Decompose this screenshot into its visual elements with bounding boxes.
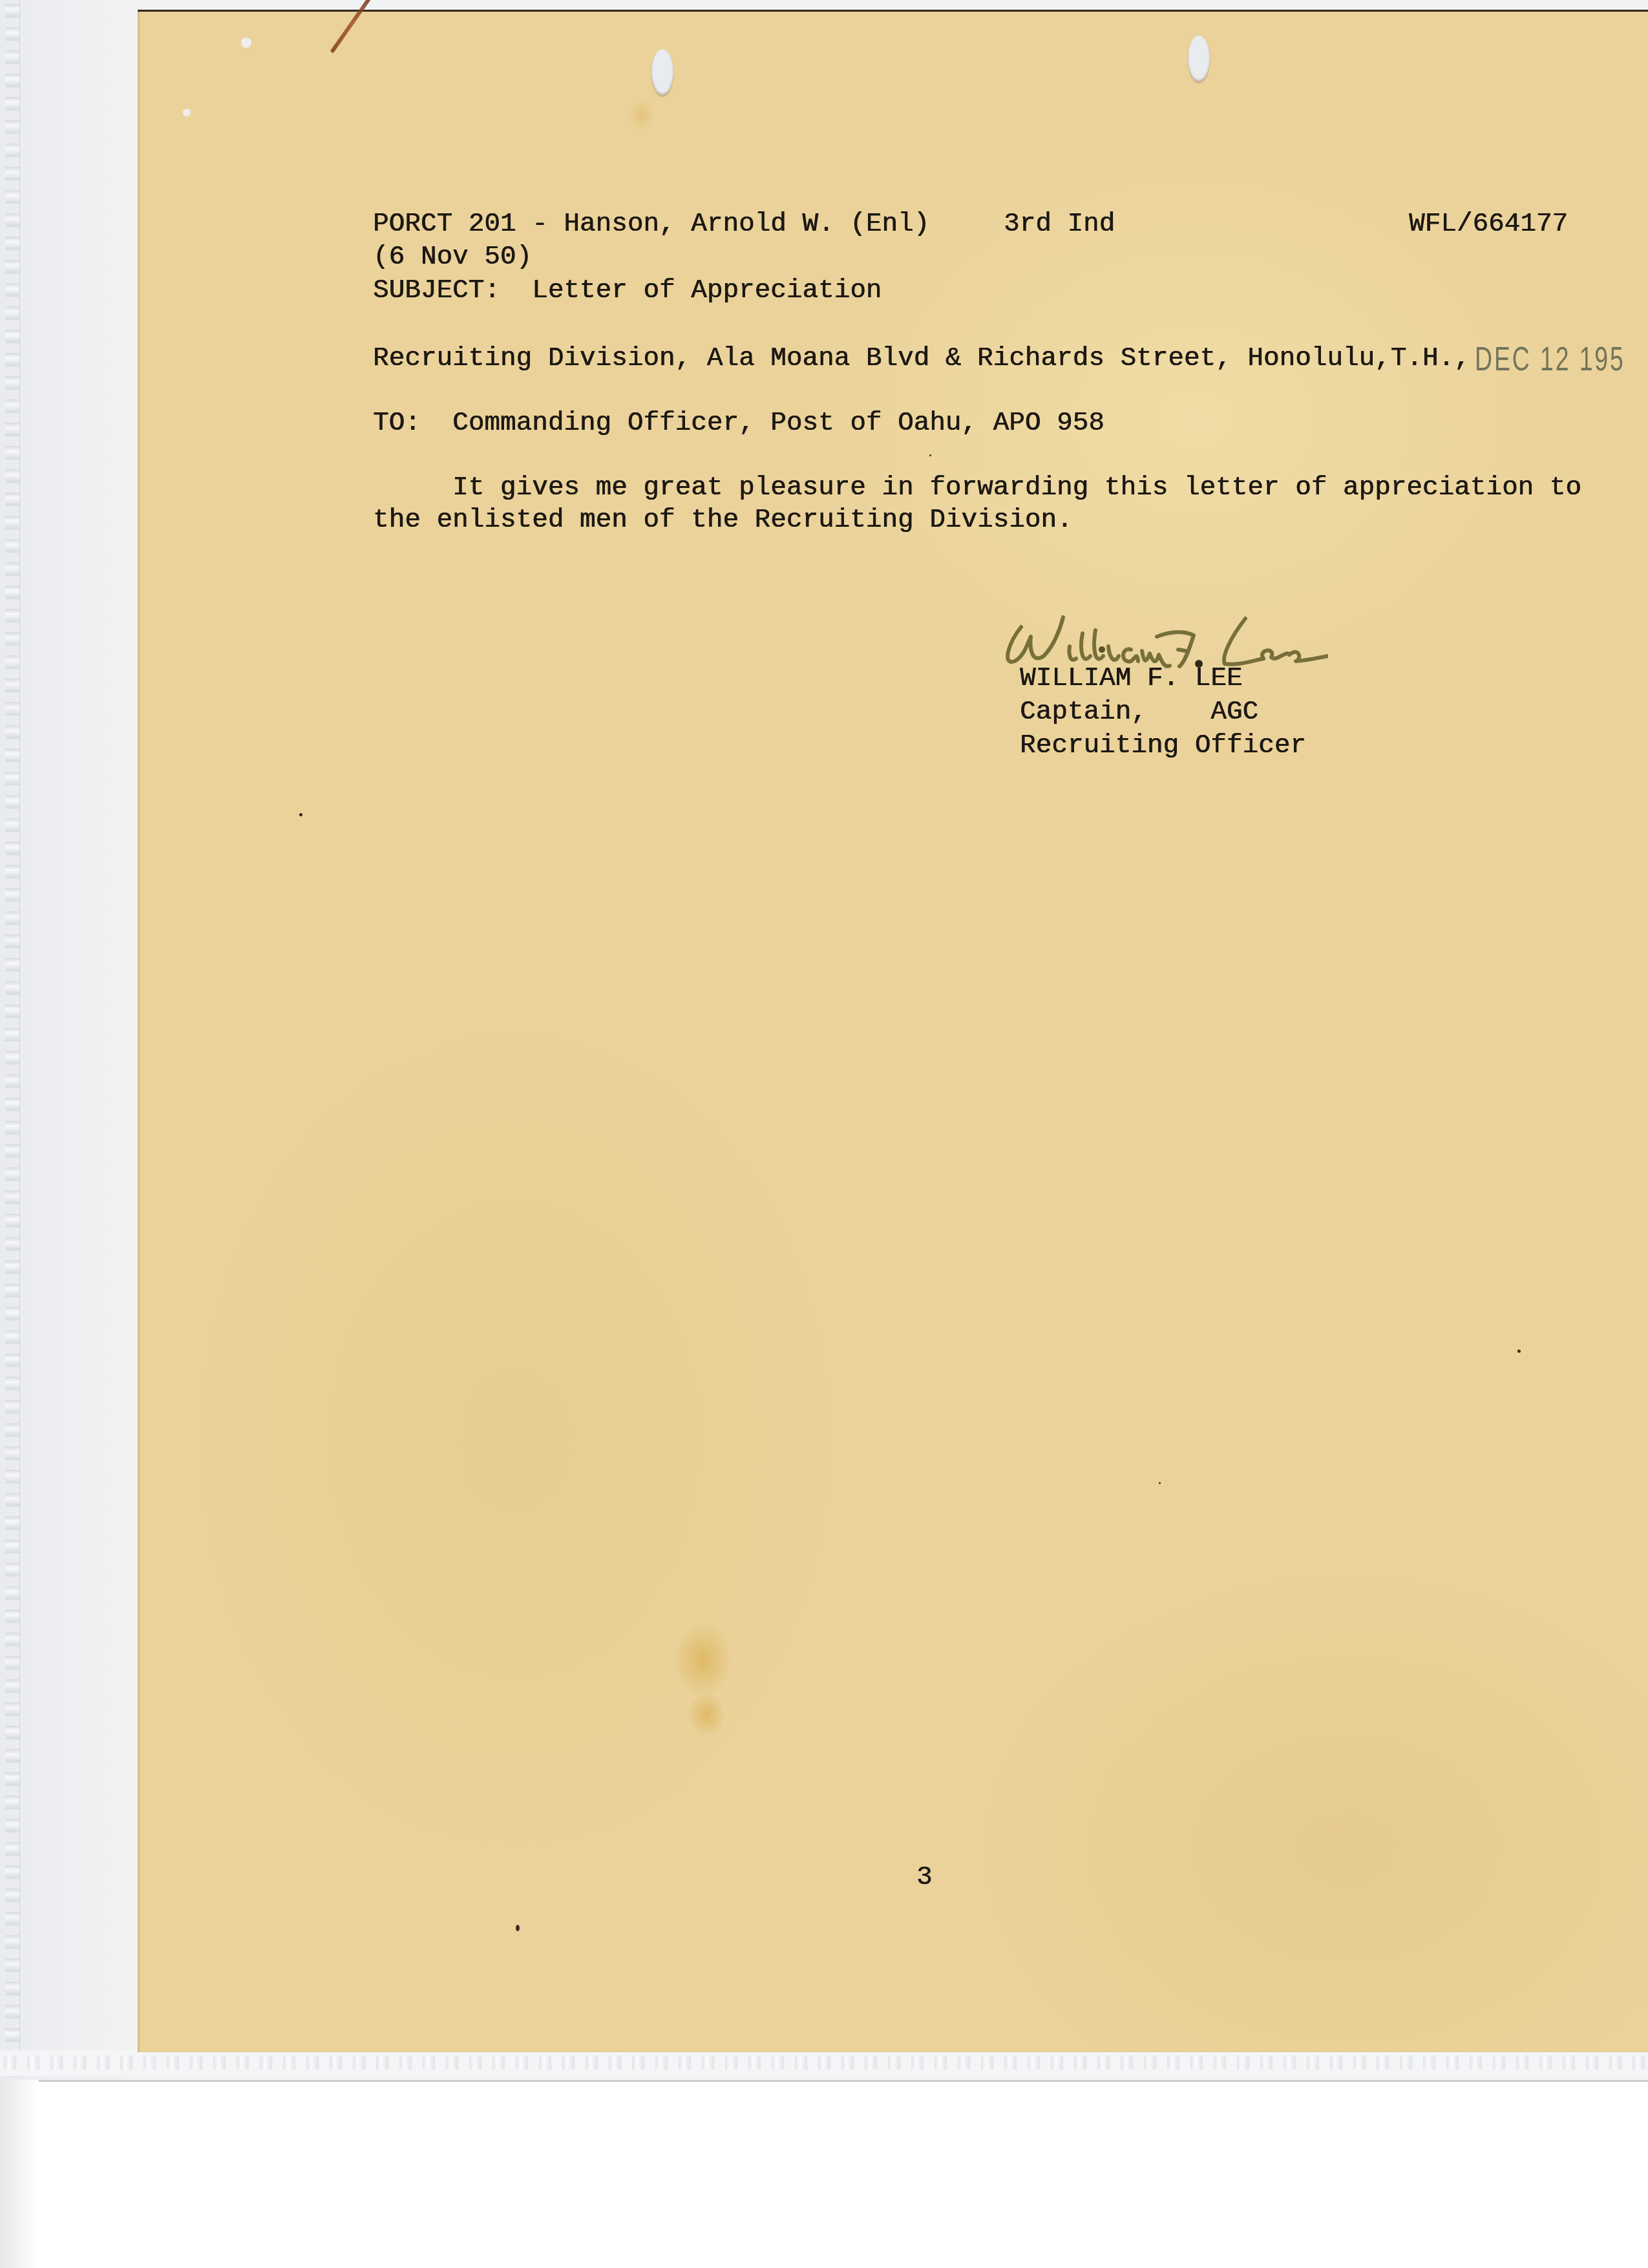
speck: [299, 813, 302, 816]
document-page: [138, 10, 1648, 2052]
file-reference: PORCT 201 - Hanson, Arnold W. (Enl): [373, 211, 929, 238]
subject-text: Letter of Appreciation: [532, 276, 882, 306]
signatory-name: WILLIAM F. LEE: [1020, 666, 1242, 692]
body-line-2: the enlisted men of the Recruiting Divis…: [373, 507, 1073, 534]
speck: [929, 454, 931, 456]
date-reference: (6 Nov 50): [373, 244, 532, 271]
subject-label: SUBJECT:: [373, 276, 500, 306]
stain: [687, 1692, 726, 1737]
signatory-title: Recruiting Officer: [1020, 733, 1306, 759]
page-number: 3: [916, 1865, 933, 1891]
punch-hole-left: [651, 49, 673, 96]
from-line: Recruiting Division, Ala Moana Blvd & Ri…: [373, 346, 1470, 372]
received-date-stamp: DEC 12 195: [1475, 343, 1625, 376]
body-line-1: It gives me great pleasure in forwarding…: [373, 475, 1581, 502]
indorsement-number: 3rd Ind: [1004, 211, 1115, 238]
to-label: TO:: [373, 408, 421, 438]
punch-hole-right: [1188, 36, 1210, 82]
sleeve-perforation-left: [5, 0, 20, 2078]
speck: [516, 1925, 520, 1931]
speck: [1517, 1350, 1521, 1353]
stain: [674, 1621, 732, 1699]
scanner-shadow: [0, 2080, 39, 2268]
sleeve-perforation-bottom: [0, 2050, 1648, 2076]
staple-hole: [241, 37, 251, 48]
reference-number: WFL/664177: [1409, 211, 1568, 238]
stain: [629, 99, 655, 131]
to-recipient: Commanding Officer, Post of Oahu, APO 95…: [452, 408, 1104, 438]
signatory-rank: Captain, AGC: [1020, 699, 1258, 726]
subject-line: SUBJECT: Letter of Appreciation: [373, 278, 882, 304]
to-line: TO: Commanding Officer, Post of Oahu, AP…: [373, 410, 1104, 437]
staple-hole: [183, 109, 191, 116]
speck: [1159, 1482, 1161, 1484]
